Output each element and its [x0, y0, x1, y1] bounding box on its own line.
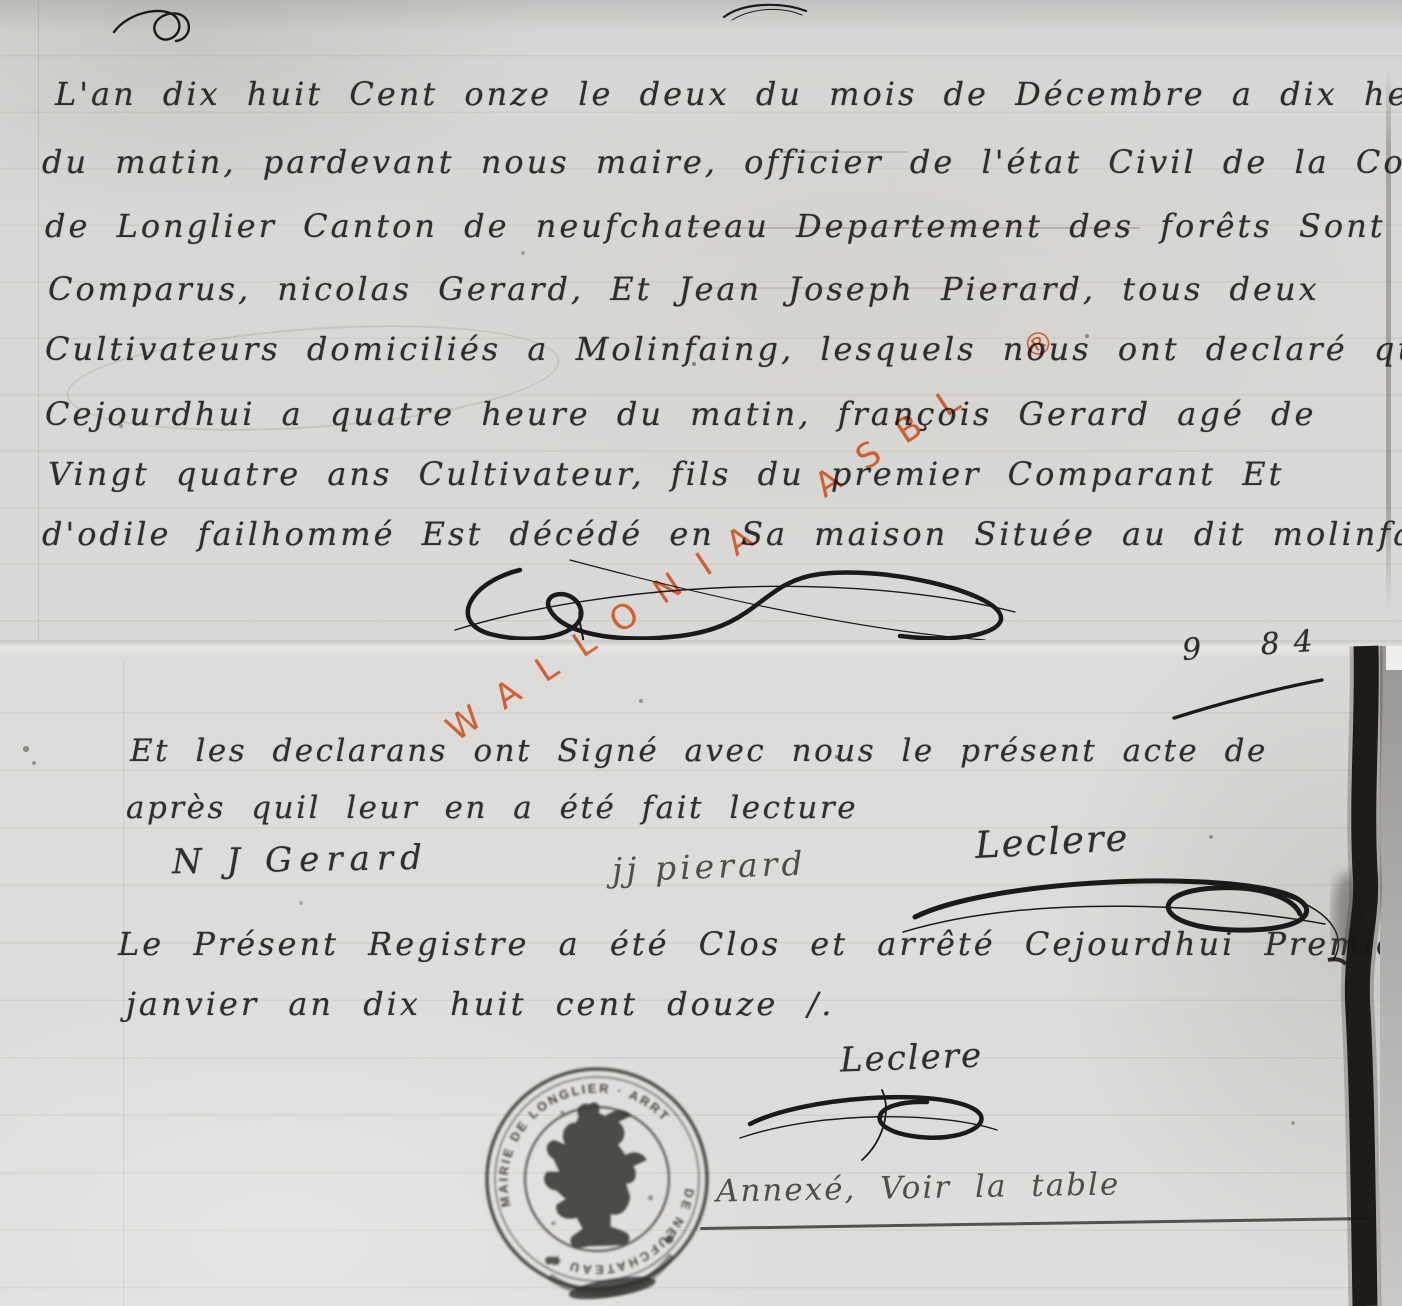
act-line: Vingt quatre ans Cultivateur, fils du pr…: [48, 455, 1285, 493]
cropped-squiggle: [720, 0, 812, 22]
page-number-underline: [1168, 672, 1328, 722]
signature-leclere: Leclere: [974, 816, 1131, 867]
binding-shadow-band: [1326, 646, 1402, 1306]
statement-line: Et les declarans ont Signé avec nous le …: [130, 733, 1268, 769]
band-top-notch: [1386, 646, 1402, 670]
margin-line-top-page: [38, 0, 39, 640]
municipal-stamp: MAIRIE DE LONGLIER · ARRT DE NEUFCHATEAU…: [477, 1056, 717, 1306]
act-line: L'an dix huit Cent onze le deux du mois …: [55, 75, 1402, 113]
paper-speckles: [0, 0, 2, 2]
signature-gerard: N J Gerard: [172, 838, 429, 882]
act-line: du matin, pardevant nous maire, officier…: [42, 143, 1402, 181]
closure-signature-leclere: Leclere: [839, 1036, 983, 1081]
pen-curl-flourish: [112, 2, 204, 54]
closure-line: janvier an dix huit cent douze /.: [126, 985, 834, 1023]
annexation-note: Annexé, Voir la table: [716, 1166, 1121, 1209]
register-scan: L'an dix huit Cent onze le deux du mois …: [0, 0, 1402, 1306]
act-line: Cejourdhui a quatre heure du matin, fran…: [45, 395, 1316, 433]
closure-signature-flourish: [732, 1082, 1012, 1177]
statement-line: après quil leur en a été fait lecture: [126, 790, 858, 826]
closure-line: Le Présent Registre a été Clos et arrêté…: [118, 925, 1402, 963]
signature-pierard: jj pierard: [611, 844, 807, 890]
paper-crease: [123, 660, 124, 1306]
act-line: Cultivateurs domiciliés a Molinfaing, le…: [45, 330, 1402, 368]
act-line: de Longlier Canton de neufchateau Depart…: [45, 207, 1386, 245]
imperial-eagle-icon: [533, 1096, 659, 1256]
act-line: Comparus, nicolas Gerard, Et Jean Joseph…: [48, 270, 1320, 308]
